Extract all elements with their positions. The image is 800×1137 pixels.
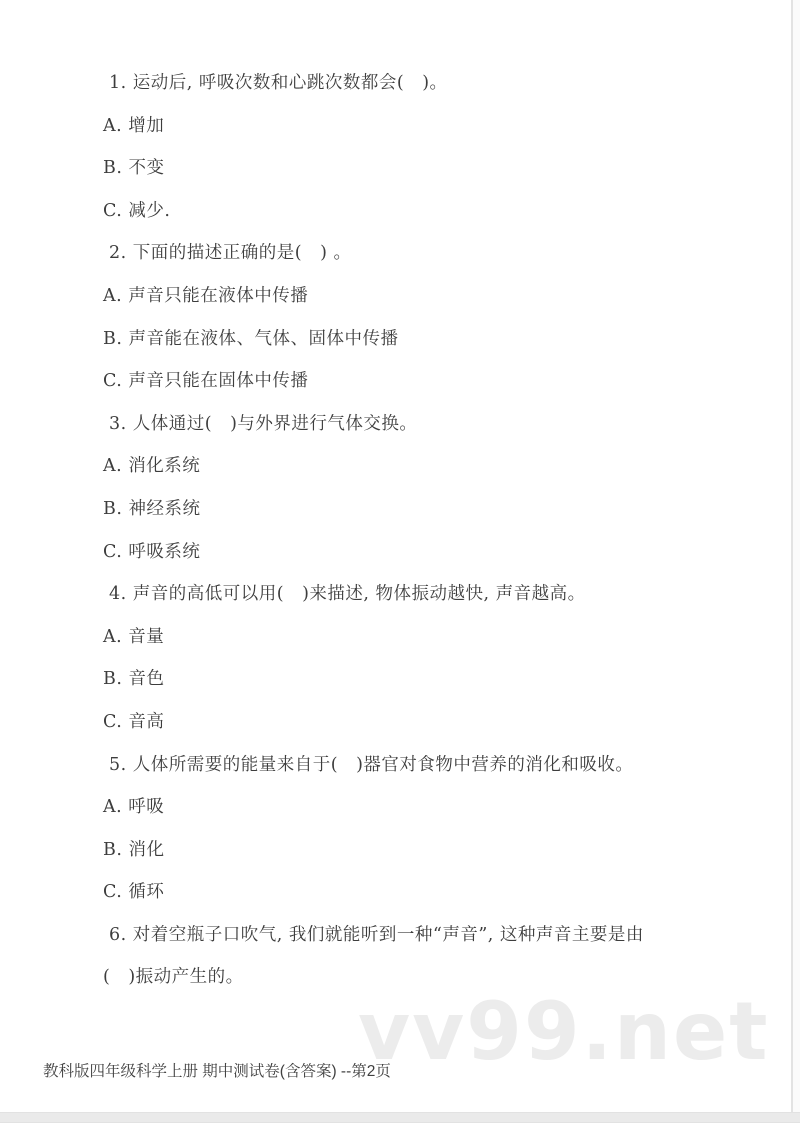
- question-2-option-a: A. 声音只能在液体中传播: [103, 275, 753, 318]
- question-6-stem-line-1: 6. 对着空瓶子口吹气, 我们就能听到一种“声音”, 这种声音主要是由: [103, 914, 753, 957]
- page-footer: 教科版四年级科学上册 期中测试卷(含答案) --第2页: [43, 1061, 391, 1083]
- watermark: vv99.net: [358, 992, 769, 1072]
- question-4-stem: 4. 声音的高低可以用( )来描述, 物体振动越快, 声音越高。: [103, 573, 753, 616]
- question-4-option-b: B. 音色: [103, 658, 753, 701]
- question-2-option-b: B. 声音能在液体、气体、固体中传播: [103, 318, 753, 361]
- question-3-option-c: C. 呼吸系统: [103, 531, 753, 574]
- page-edge-line: [791, 0, 793, 1112]
- question-1-stem: 1. 运动后, 呼吸次数和心跳次数都会( )。: [103, 62, 753, 105]
- question-1-option-a: A. 增加: [103, 105, 753, 148]
- question-5-option-b: B. 消化: [103, 829, 753, 872]
- page-right-margin: [793, 0, 800, 1112]
- question-list: 1. 运动后, 呼吸次数和心跳次数都会( )。 A. 增加 B. 不变 C. 减…: [103, 62, 753, 999]
- question-3-stem: 3. 人体通过( )与外界进行气体交换。: [103, 403, 753, 446]
- question-1-option-c: C. 减少.: [103, 190, 753, 233]
- question-1-option-b: B. 不变: [103, 147, 753, 190]
- question-4-option-c: C. 音高: [103, 701, 753, 744]
- question-5-option-a: A. 呼吸: [103, 786, 753, 829]
- question-2-option-c: C. 声音只能在固体中传播: [103, 360, 753, 403]
- page-separator: [0, 1112, 800, 1123]
- question-2-stem: 2. 下面的描述正确的是( ) 。: [103, 232, 753, 275]
- document-page: 1. 运动后, 呼吸次数和心跳次数都会( )。 A. 增加 B. 不变 C. 减…: [0, 0, 800, 1137]
- question-4-option-a: A. 音量: [103, 616, 753, 659]
- question-5-stem: 5. 人体所需要的能量来自于( )器官对食物中营养的消化和吸收。: [103, 744, 753, 787]
- question-3-option-a: A. 消化系统: [103, 445, 753, 488]
- question-5-option-c: C. 循环: [103, 871, 753, 914]
- question-3-option-b: B. 神经系统: [103, 488, 753, 531]
